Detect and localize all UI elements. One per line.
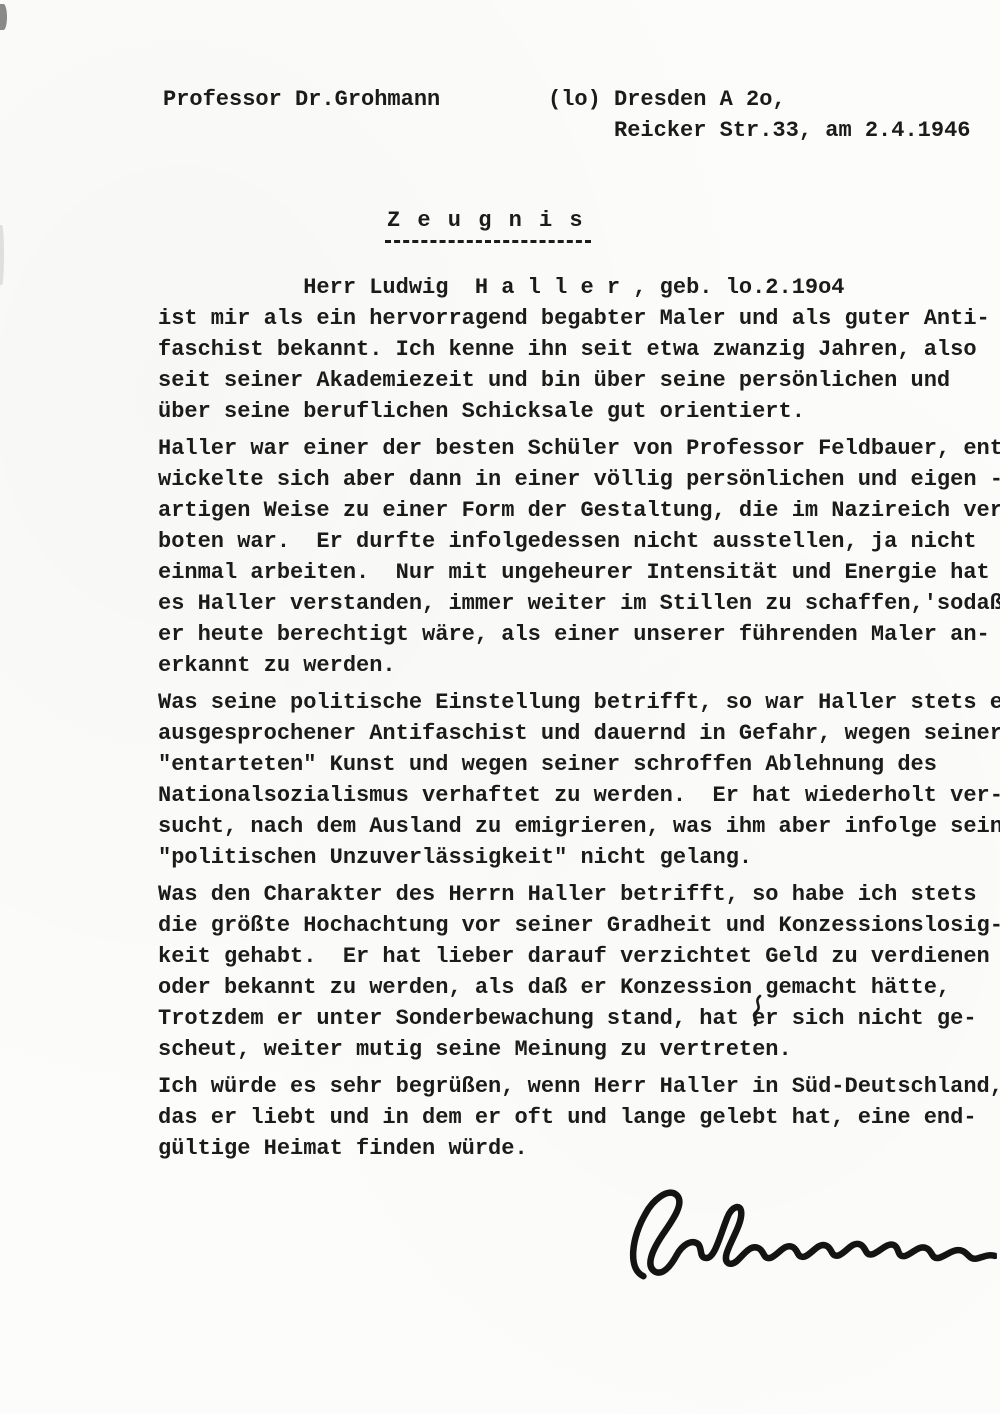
typed-text-line: wickelte sich aber dann in einer völlig …	[158, 464, 1000, 495]
typed-text-line: Trotzdem er unter Sonderbewachung stand,…	[158, 1003, 1000, 1034]
paragraph-political-stance: Was seine politische Einstellung betriff…	[158, 687, 1000, 873]
typed-text-line: ist mir als ein hervorragend begabter Ma…	[158, 303, 990, 334]
typed-text-line: es Haller verstanden, immer weiter im St…	[158, 588, 1000, 619]
paragraph-closing-wish: Ich würde es sehr begrüßen, wenn Herr Ha…	[158, 1071, 1000, 1164]
typed-text-line: das er liebt und in dem er oft und lange…	[158, 1102, 1000, 1133]
typed-text-line: seit seiner Akademiezeit und bin über se…	[158, 365, 990, 396]
typed-text-line: Reicker Str.33, am 2.4.1946	[548, 115, 970, 146]
handwritten-correction-squiggle	[746, 994, 770, 1028]
scanned-letter-page: Professor Dr.Grohmann (lo) Dresden A 2o,…	[0, 0, 1000, 1414]
paragraph-artistic-career: Haller war einer der besten Schüler von …	[158, 433, 1000, 681]
scan-edge-artifact	[0, 225, 4, 285]
typed-text-line: ausgesprochener Antifaschist und dauernd…	[158, 718, 1000, 749]
typed-text-line: boten war. Er durfte infolgedessen nicht…	[158, 526, 1000, 557]
sender-name: Professor Dr.Grohmann	[163, 84, 440, 115]
signature-grohmann	[614, 1163, 998, 1301]
typed-text-line: Ich würde es sehr begrüßen, wenn Herr Ha…	[158, 1071, 1000, 1102]
typed-text-line: (lo) Dresden A 2o,	[548, 84, 970, 115]
typed-text-line: er heute berechtigt wäre, als einer unse…	[158, 619, 1000, 650]
typed-text-line: "politischen Unzuverlässigkeit" nicht ge…	[158, 842, 1000, 873]
typed-text-line: Herr Ludwig H a l l e r , geb. lo.2.19o4	[158, 272, 990, 303]
typed-text-line: über seine beruflichen Schicksale gut or…	[158, 396, 990, 427]
typed-text-line: Haller war einer der besten Schüler von …	[158, 433, 1000, 464]
typed-text-line: faschist bekannt. Ich kenne ihn seit etw…	[158, 334, 990, 365]
typed-text-line: Was seine politische Einstellung betriff…	[158, 687, 1000, 718]
sender-address: (lo) Dresden A 2o, Reicker Str.33, am 2.…	[548, 84, 970, 146]
typed-text-line: sucht, nach dem Ausland zu emigrieren, w…	[158, 811, 1000, 842]
typed-text-line: scheut, weiter mutig seine Meinung zu ve…	[158, 1034, 1000, 1065]
typed-text-line: die größte Hochachtung vor seiner Gradhe…	[158, 910, 1000, 941]
paragraph-character: Was den Charakter des Herrn Haller betri…	[158, 879, 1000, 1065]
typed-text-line: artigen Weise zu einer Form der Gestaltu…	[158, 495, 1000, 526]
paragraph-introduction: Herr Ludwig H a l l e r , geb. lo.2.19o4…	[158, 272, 990, 427]
typed-text-line: gültige Heimat finden würde.	[158, 1133, 1000, 1164]
typed-text-line: erkannt zu werden.	[158, 650, 1000, 681]
typed-text-line: oder bekannt zu werden, als daß er Konze…	[158, 972, 1000, 1003]
typed-text-line: einmal arbeiten. Nur mit ungeheurer Inte…	[158, 557, 1000, 588]
typed-text-line: "entarteten" Kunst und wegen seiner schr…	[158, 749, 1000, 780]
scan-edge-artifact	[0, 4, 7, 30]
typed-text-line: keit gehabt. Er hat lieber darauf verzic…	[158, 941, 1000, 972]
typed-text-line: Was den Charakter des Herrn Haller betri…	[158, 879, 1000, 910]
document-title: Z e u g n i s	[385, 205, 591, 243]
typed-text-line: Nationalsozialismus verhaftet zu werden.…	[158, 780, 1000, 811]
